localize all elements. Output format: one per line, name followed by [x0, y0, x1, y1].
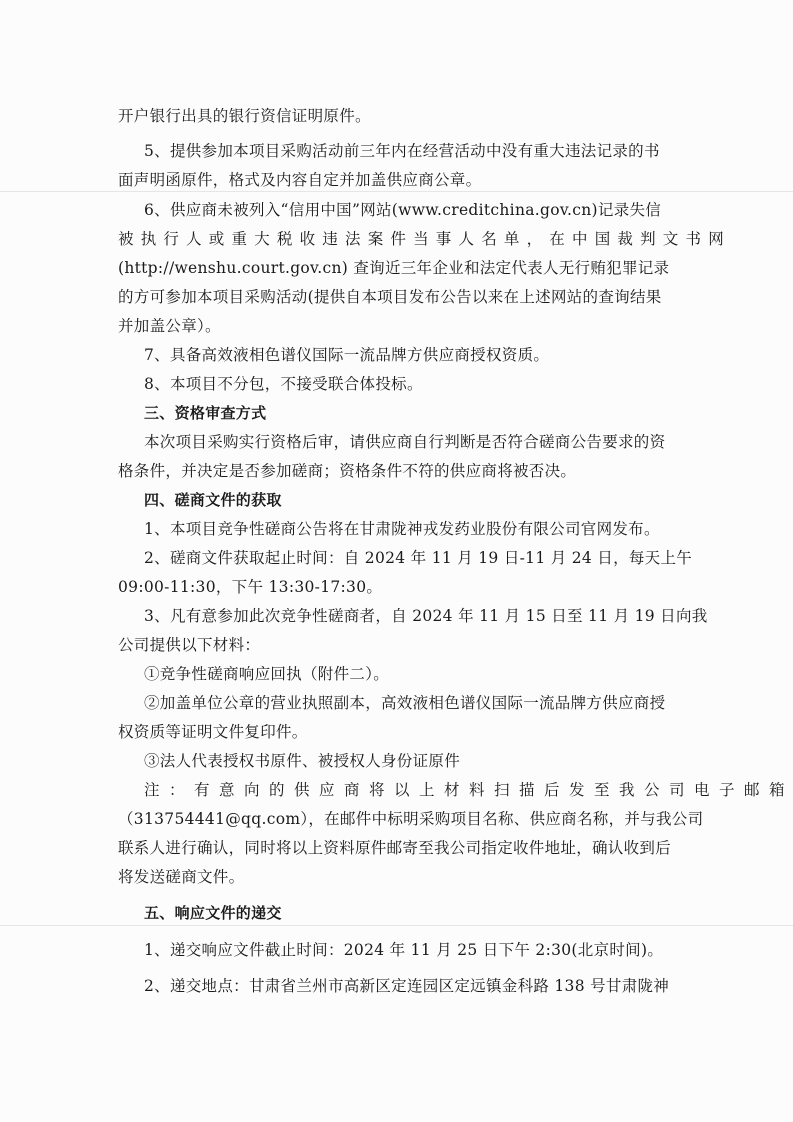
- paragraph-line: 面声明函原件，格式及内容自定并加盖供应商公章。: [118, 170, 678, 190]
- paragraph-line: 开户银行出具的银行资信证明原件。: [118, 106, 678, 126]
- paragraph-line: 注：有意向的供应商将以上材料扫描后发至我公司电子邮箱: [144, 780, 704, 800]
- paragraph-line: 7、具备高效液相色谱仪国际一流品牌方供应商授权资质。: [144, 345, 704, 365]
- paragraph-line: 8、本项目不分包，不接受联合体投标。: [144, 374, 704, 394]
- paragraph-line: 的方可参加本项目采购活动(提供自本项目发布公告以来在上述网站的查询结果: [118, 287, 678, 307]
- section-heading: 五、响应文件的递交: [144, 903, 704, 923]
- document-page: 开户银行出具的银行资信证明原件。 5、提供参加本项目采购活动前三年内在经营活动中…: [0, 0, 793, 1122]
- paragraph-line: 5、提供参加本项目采购活动前三年内在经营活动中没有重大违法记录的书: [144, 141, 704, 161]
- paragraph-line: 6、供应商未被列入“信用中国”网站(www.creditchina.gov.cn…: [144, 200, 704, 220]
- paragraph-line: （313754441@qq.com），在邮件中标明采购项目名称、供应商名称，并与…: [118, 809, 678, 829]
- paragraph-line: ③法人代表授权书原件、被授权人身份证原件: [144, 751, 704, 771]
- scan-artifact-line: [0, 191, 793, 192]
- paragraph-line: 将发送磋商文件。: [118, 867, 678, 887]
- paragraph-line: 1、本项目竞争性磋商公告将在甘肃陇神戎发药业股份有限公司官网发布。: [144, 519, 704, 539]
- paragraph-line: 2、磋商文件获取起止时间：自 2024 年 11 月 19 日-11 月 24 …: [144, 548, 704, 568]
- paragraph-line: 2、递交地点：甘肃省兰州市高新区定连园区定远镇金科路 138 号甘肃陇神: [144, 976, 704, 996]
- paragraph-line: (http://wenshu.court.gov.cn) 查询近三年企业和法定代…: [118, 258, 678, 278]
- paragraph-line: 被执行人或重大税收违法案件当事人名单，在中国裁判文书网: [118, 229, 678, 249]
- paragraph-line: 并加盖公章）。: [118, 316, 678, 336]
- paragraph-line: 3、凡有意参加此次竞争性磋商者，自 2024 年 11 月 15 日至 11 月…: [144, 606, 704, 626]
- section-heading: 四、磋商文件的获取: [144, 490, 704, 510]
- paragraph-line: 格条件，并决定是否参加磋商；资格条件不符的供应商将被否决。: [118, 461, 678, 481]
- section-heading: 三、资格审查方式: [144, 403, 704, 423]
- paragraph-line: ②加盖单位公章的营业执照副本，高效液相色谱仪国际一流品牌方供应商授: [144, 693, 704, 713]
- paragraph-line: 联系人进行确认，同时将以上资料原件邮寄至我公司指定收件地址，确认收到后: [118, 838, 678, 858]
- scan-artifact-line: [0, 925, 793, 926]
- paragraph-line: 09:00-11:30，下午 13:30-17:30。: [118, 577, 678, 597]
- paragraph-line: 公司提供以下材料：: [118, 635, 678, 655]
- paragraph-line: ①竞争性磋商响应回执（附件二）。: [144, 664, 704, 684]
- paragraph-line: 本次项目采购实行资格后审，请供应商自行判断是否符合磋商公告要求的资: [144, 432, 704, 452]
- paragraph-line: 1、递交响应文件截止时间：2024 年 11 月 25 日下午 2:30(北京时…: [144, 940, 704, 960]
- paragraph-line: 权资质等证明文件复印件。: [118, 722, 678, 742]
